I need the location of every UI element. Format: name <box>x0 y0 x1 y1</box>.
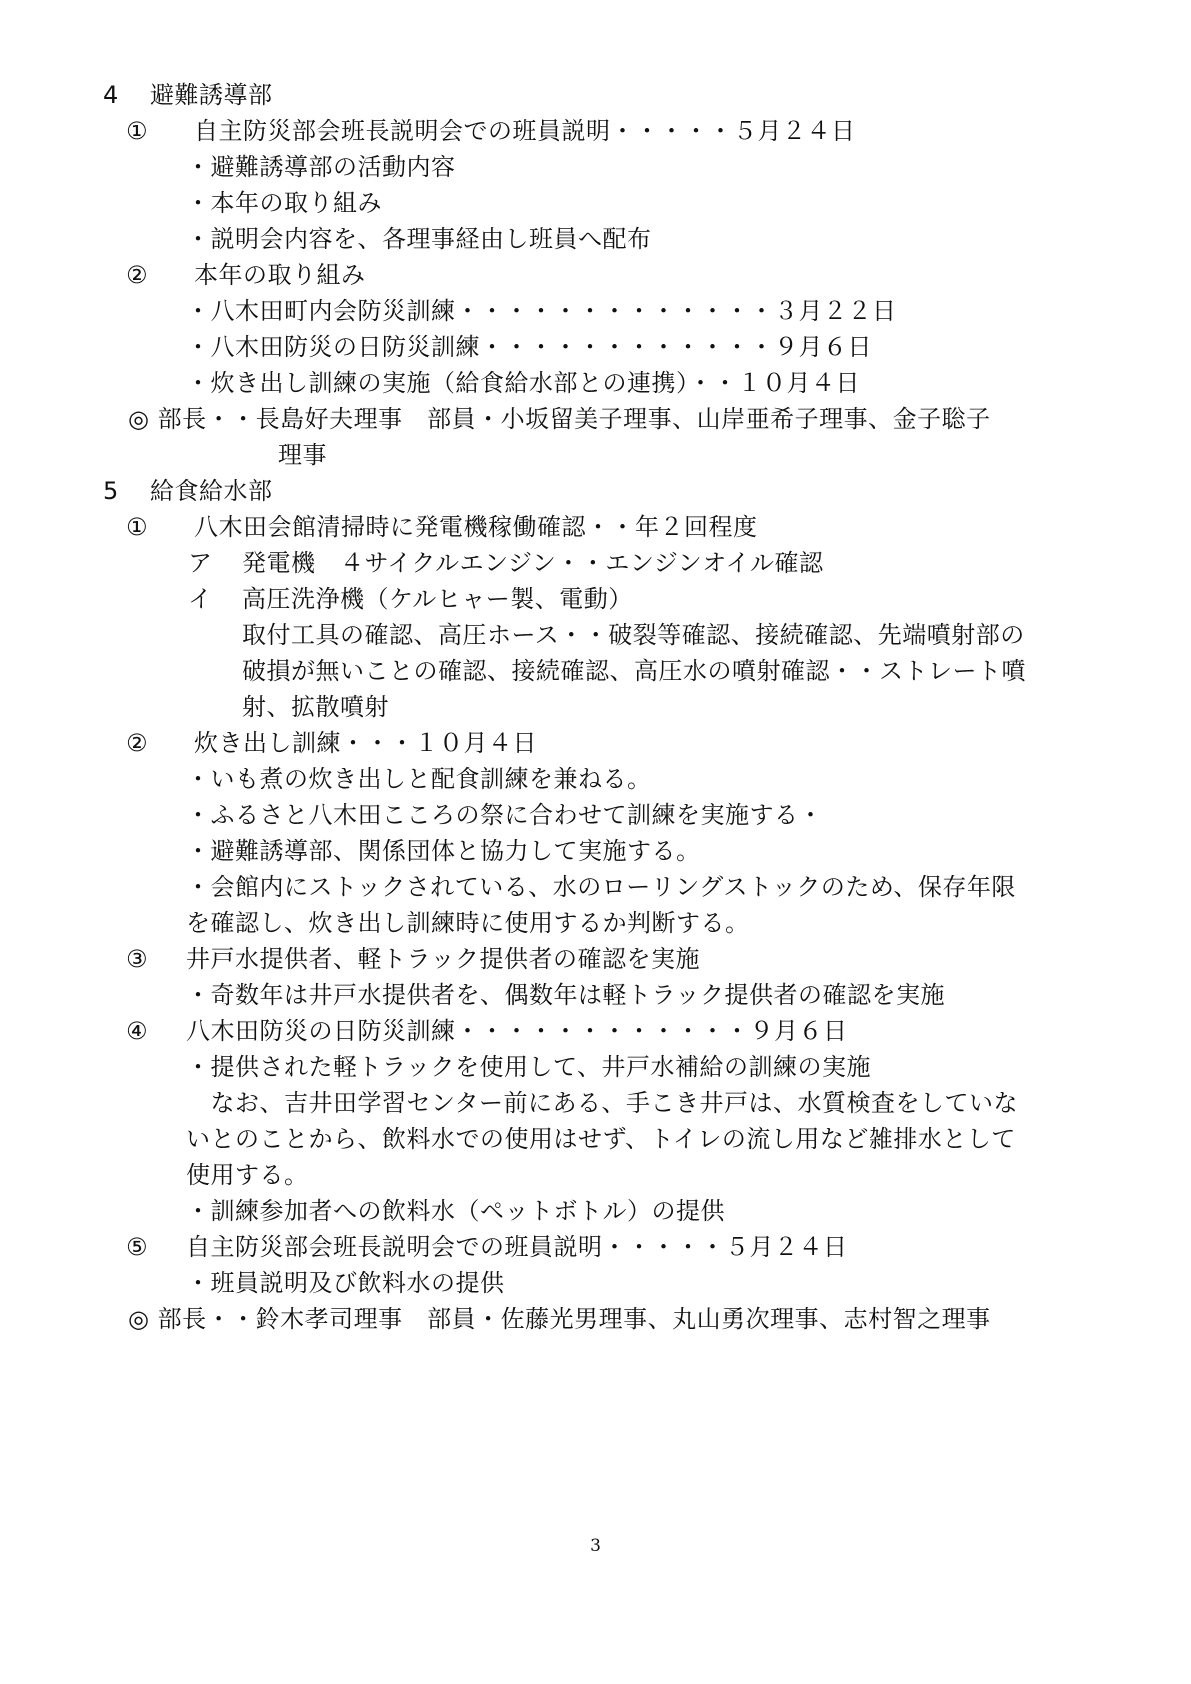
item-text: 炊き出し訓練・・・１０月４日 <box>194 725 537 761</box>
item-text: 自主防災部会班長説明会での班員説明・・・・・５月２４日 <box>194 113 856 149</box>
members-line: ◎ 部長・・長島好夫理事 部員・小坂留美子理事、山岸亜希子理事、金子聡子 <box>128 401 991 437</box>
section-5-number: 5 <box>103 473 118 509</box>
bullet-item: ・避難誘導部、関係団体と協力して実施する。 <box>186 833 701 869</box>
section-4-title: 避難誘導部 <box>150 77 273 113</box>
bullet-item: ・提供された軽トラックを使用して、井戸水補給の訓練の実施 <box>186 1049 871 1085</box>
item-text: 八木田会館清掃時に発電機稼働確認・・年２回程度 <box>194 509 758 545</box>
subitem-detail: 破損が無いことの確認、接続確認、高圧水の噴射確認・・ストレート噴 <box>242 653 1026 689</box>
item-marker: ① <box>126 509 148 545</box>
subitem-detail: 取付工具の確認、高圧ホース・・破裂等確認、接続確認、先端噴射部の <box>242 617 1025 653</box>
paragraph-line: なお、吉井田学習センター前にある、手こき井戸は、水質検査をしていな <box>186 1085 1018 1121</box>
item-marker: ① <box>126 113 148 149</box>
bullet-item: ・八木田防災の日防災訓練・・・・・・・・・・・・９月６日 <box>186 329 872 365</box>
bullet-item: ・炊き出し訓練の実施（給食給水部との連携）・・１０月４日 <box>186 365 860 401</box>
item-marker: ② <box>126 725 148 761</box>
section-5-title: 給食給水部 <box>150 473 273 509</box>
bullet-item: ・奇数年は井戸水提供者を、偶数年は軽トラック提供者の確認を実施 <box>186 977 945 1013</box>
bullet-item: ・会館内にストックされている、水のローリングストックのため、保存年限 <box>186 869 1016 905</box>
item-marker: ④ <box>126 1013 148 1049</box>
item-marker: ③ <box>126 941 148 977</box>
bullet-item: ・訓練参加者への飲料水（ペットボトル）の提供 <box>186 1193 725 1229</box>
subitem-marker: イ <box>188 581 212 617</box>
item-text: 八木田防災の日防災訓練・・・・・・・・・・・・９月６日 <box>186 1013 848 1049</box>
section-4-number: 4 <box>103 77 118 113</box>
document-page: 4 避難誘導部 ① 自主防災部会班長説明会での班員説明・・・・・５月２４日 ・避… <box>0 0 1191 1684</box>
subitem-detail: 射、拡散噴射 <box>242 689 389 725</box>
members-line: ◎ 部長・・鈴木孝司理事 部員・佐藤光男理事、丸山勇次理事、志村智之理事 <box>128 1301 991 1337</box>
paragraph-line: いとのことから、飲料水での使用はせず、トイレの流し用など雑排水として <box>186 1121 1016 1157</box>
bullet-item: ・ふるさと八木田こころの祭に合わせて訓練を実施する・ <box>186 797 823 833</box>
bullet-item: ・いも煮の炊き出しと配食訓練を兼ねる。 <box>186 761 652 797</box>
item-text: 本年の取り組み <box>194 257 366 293</box>
item-text: 自主防災部会班長説明会での班員説明・・・・・５月２４日 <box>186 1229 848 1265</box>
item-text: 井戸水提供者、軽トラック提供者の確認を実施 <box>186 941 700 977</box>
members-line-continued: 理事 <box>278 437 327 473</box>
bullet-item: ・本年の取り組み <box>186 185 382 221</box>
bullet-item: ・説明会内容を、各理事経由し班員へ配布 <box>186 221 652 257</box>
bullet-item-continued: を確認し、炊き出し訓練時に使用するか判断する。 <box>186 905 750 941</box>
subitem-marker: ア <box>188 545 212 581</box>
item-marker: ② <box>126 257 148 293</box>
subitem-text: 発電機 ４サイクルエンジン・・エンジンオイル確認 <box>242 545 824 581</box>
item-marker: ⑤ <box>126 1229 148 1265</box>
subitem-text: 高圧洗浄機（ケルヒャー製、電動） <box>242 581 633 617</box>
bullet-item: ・班員説明及び飲料水の提供 <box>186 1265 505 1301</box>
page-number: 3 <box>0 1536 1191 1556</box>
paragraph-line: 使用する。 <box>186 1157 309 1193</box>
bullet-item: ・避難誘導部の活動内容 <box>186 149 456 185</box>
bullet-item: ・八木田町内会防災訓練・・・・・・・・・・・・・３月２２日 <box>186 293 897 329</box>
